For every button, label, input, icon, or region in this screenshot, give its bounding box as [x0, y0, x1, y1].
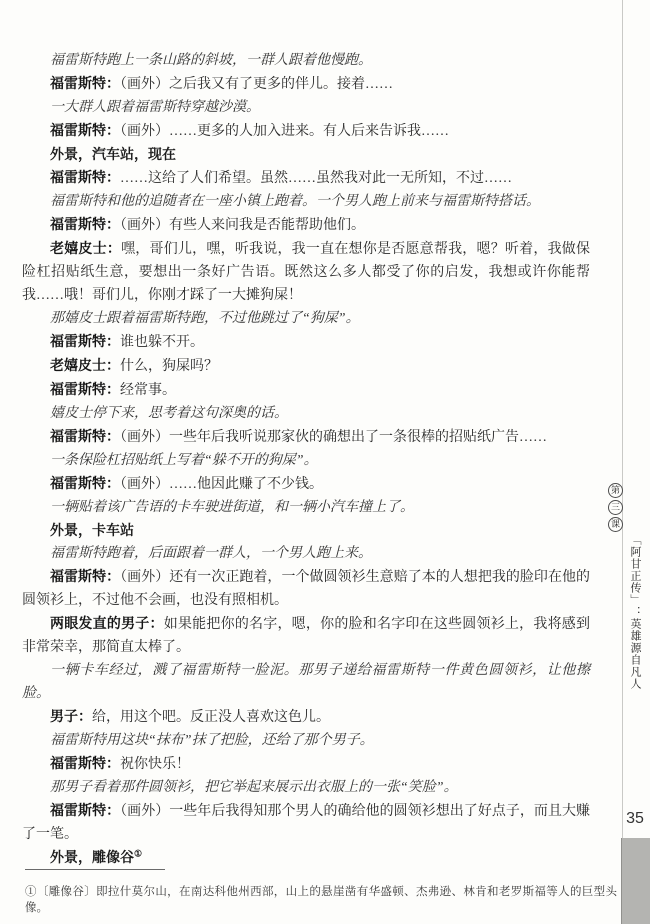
dialogue-paragraph: 福雷斯特：（画外）还有一次正跑着，一个做圆领衫生意赔了本的人想把我的脸印在他的圆… — [22, 565, 590, 612]
stage-direction: 一条保险杠招贴纸上写着“躲不开的狗屎”。 — [22, 449, 590, 472]
lesson-circle-char: 第 — [608, 483, 623, 498]
stage-direction: 一辆卡车经过，溅了福雷斯特一脸泥。那男子递给福雷斯特一件黄色圆领衫，让他擦脸。 — [22, 659, 590, 705]
stage-direction: 福雷斯特跑着，后面跟着一群人，一个男人跑上来。 — [22, 542, 590, 565]
stage-direction: 一大群人跟着福雷斯特穿越沙漠。 — [22, 96, 590, 119]
speaker-name: 男子： — [50, 708, 92, 724]
dialogue-paragraph: 男子：给，用这个吧。反正没人喜欢这色儿。 — [22, 705, 590, 729]
dialogue-paragraph: 福雷斯特：（画外）一些年后我听说那家伙的确想出了一条很棒的招贴纸广告…… — [22, 425, 590, 449]
dialogue-paragraph: 福雷斯特：（画外）……他因此赚了不少钱。 — [22, 472, 590, 496]
sidebar-rule — [622, 0, 623, 840]
stage-direction: 福雷斯特用这块“抹布”抹了把脸，还给了那个男子。 — [22, 729, 590, 752]
page-number: 35 — [622, 804, 648, 834]
speaker-name: 福雷斯特： — [50, 802, 120, 818]
stage-direction: 一辆贴着该广告语的卡车驶进街道，和一辆小汽车撞上了。 — [22, 496, 590, 519]
speaker-name: 福雷斯特： — [50, 122, 120, 138]
lesson-circle-char: 三 — [608, 500, 623, 515]
footnote-separator — [25, 869, 165, 870]
dialogue-paragraph: 福雷斯特：……这给了人们希望。虽然……虽然我对此一无所知，不过…… — [22, 166, 590, 190]
speaker-name: 福雷斯特： — [50, 216, 120, 232]
scene-heading: 外景，汽车站，现在 — [22, 143, 590, 166]
scene-heading: 外景，雕像谷① — [22, 846, 590, 869]
footnote: ①〔雕像谷〕即拉什莫尔山，在南达科他州西部，山上的悬崖凿有华盛顿、杰弗逊、林肯和… — [25, 884, 617, 916]
dialogue-paragraph: 福雷斯特：谁也躲不开。 — [22, 330, 590, 354]
lesson-circle-char: 课 — [608, 517, 623, 532]
chapter-title-vertical: 「阿甘正传」：英雄源自凡人 — [627, 534, 643, 704]
scene-heading: 外景，卡车站 — [22, 519, 590, 542]
stage-direction: 福雷斯特和他的追随者在一座小镇上跑着。一个男人跑上前来与福雷斯特搭话。 — [22, 190, 590, 213]
speaker-name: 福雷斯特： — [50, 381, 120, 397]
stage-direction: 嬉皮士停下来，思考着这句深奥的话。 — [22, 402, 590, 425]
footnote-ref-marker: ① — [134, 848, 142, 858]
speaker-name: 福雷斯特： — [50, 475, 120, 491]
dialogue-paragraph: 福雷斯特：（画外）有些人来问我是否能帮助他们。 — [22, 213, 590, 237]
footnote-text: 〔雕像谷〕即拉什莫尔山，在南达科他州西部，山上的悬崖凿有华盛顿、杰弗逊、林肯和老… — [25, 886, 617, 914]
dialogue-paragraph: 两眼发直的男子：如果能把你的名字，嗯，你的脸和名字印在这些圆领衫上，我将感到非常… — [22, 612, 590, 659]
stage-direction: 那男子看着那件圆领衫，把它举起来展示出衣服上的一张“笑脸”。 — [22, 776, 590, 799]
speaker-name: 福雷斯特： — [50, 169, 120, 185]
dialogue-paragraph: 福雷斯特：经常事。 — [22, 378, 590, 402]
dialogue-paragraph: 福雷斯特：祝你快乐！ — [22, 752, 590, 776]
dialogue-paragraph: 福雷斯特：（画外）之后我又有了更多的伴儿。接着…… — [22, 72, 590, 96]
speaker-name: 福雷斯特： — [50, 568, 120, 584]
stage-direction: 那嬉皮士跟着福雷斯特跑，不过他跳过了“狗屎”。 — [22, 307, 590, 330]
speaker-name: 福雷斯特： — [50, 333, 120, 349]
lesson-number-badge: 第三课 — [608, 483, 623, 532]
dialogue-paragraph: 老嬉皮士：什么，狗屎吗？ — [22, 354, 590, 378]
speaker-name: 两眼发直的男子： — [50, 615, 164, 631]
dialogue-paragraph: 福雷斯特：（画外）……更多的人加入进来。有人后来告诉我…… — [22, 119, 590, 143]
script-text-column: 福雷斯特跑上一条山路的斜坡，一群人跟着他慢跑。福雷斯特：（画外）之后我又有了更多… — [22, 49, 590, 869]
dialogue-paragraph: 福雷斯特：（画外）一些年后我得知那个男人的确给他的圆领衫想出了好点子，而且大赚了… — [22, 799, 590, 846]
speaker-name: 老嬉皮士： — [50, 357, 120, 373]
speaker-name: 老嬉皮士： — [50, 240, 121, 256]
textbook-page: 福雷斯特跑上一条山路的斜坡，一群人跟着他慢跑。福雷斯特：（画外）之后我又有了更多… — [0, 0, 650, 924]
speaker-name: 福雷斯特： — [50, 755, 120, 771]
speaker-name: 福雷斯特： — [50, 428, 120, 444]
speaker-name: 福雷斯特： — [50, 75, 120, 91]
dialogue-paragraph: 老嬉皮士：嘿，哥们儿，嘿，听我说，我一直在想你是否愿意帮我，嗯？听着，我做保险杠… — [22, 237, 590, 307]
footnote-marker: ① — [25, 886, 37, 898]
sidebar-tab — [621, 838, 650, 924]
stage-direction: 福雷斯特跑上一条山路的斜坡，一群人跟着他慢跑。 — [22, 49, 590, 72]
